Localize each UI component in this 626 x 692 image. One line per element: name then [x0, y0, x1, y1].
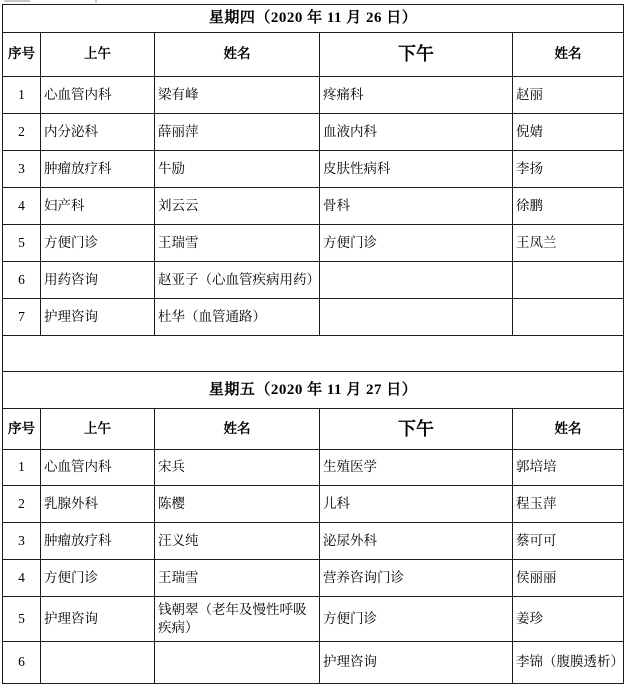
table-row: 4 妇产科 刘云云 骨科 徐鹏: [3, 188, 624, 225]
afternoon-name-cell: [513, 299, 624, 336]
crop-artifact: [4, 0, 30, 2]
column-header-morning: 上午: [41, 409, 155, 450]
afternoon-name-cell: 程玉萍: [513, 486, 624, 523]
morning-name-cell: 薛丽萍: [155, 114, 320, 151]
afternoon-dept-cell: 血液内科: [320, 114, 513, 151]
morning-dept-cell: 护理咨询: [41, 299, 155, 336]
afternoon-dept-cell: 营养咨询门诊: [320, 560, 513, 597]
afternoon-name-cell: 李锦（腹膜透析）: [513, 642, 624, 684]
table-row: 6 护理咨询 李锦（腹膜透析）: [3, 642, 624, 684]
afternoon-name-cell: 徐鹏: [513, 188, 624, 225]
seq-cell: 6: [3, 262, 41, 299]
column-header-morning: 上午: [41, 33, 155, 77]
afternoon-name-cell: 郭培培: [513, 450, 624, 486]
morning-dept-cell: 内分泌科: [41, 114, 155, 151]
day-title-thursday: 星期四（2020 年 11 月 26 日）: [3, 5, 624, 33]
seq-cell: 5: [3, 225, 41, 262]
morning-dept-cell: 用药咨询: [41, 262, 155, 299]
afternoon-name-cell: 赵丽: [513, 77, 624, 114]
morning-name-cell: 杜华（血管通路）: [155, 299, 320, 336]
morning-name-cell: 陈樱: [155, 486, 320, 523]
outpatient-schedule-table: 星期四（2020 年 11 月 26 日） 序号 上午 姓名 下午 姓名 1 心…: [2, 4, 624, 684]
morning-name-cell: 牛励: [155, 151, 320, 188]
table-row: [3, 336, 624, 372]
seq-cell: 5: [3, 597, 41, 642]
table-row: 2 内分泌科 薛丽萍 血液内科 倪婧: [3, 114, 624, 151]
morning-name-cell: 宋兵: [155, 450, 320, 486]
table-row: 7 护理咨询 杜华（血管通路）: [3, 299, 624, 336]
morning-dept-cell: 肿瘤放疗科: [41, 523, 155, 560]
column-header-seq: 序号: [3, 409, 41, 450]
column-header-afternoon: 下午: [320, 409, 513, 450]
table-row: 星期四（2020 年 11 月 26 日）: [3, 5, 624, 33]
afternoon-dept-cell: 骨科: [320, 188, 513, 225]
seq-cell: 3: [3, 523, 41, 560]
afternoon-dept-cell: 方便门诊: [320, 225, 513, 262]
morning-dept-cell: 妇产科: [41, 188, 155, 225]
column-header-name-pm: 姓名: [513, 33, 624, 77]
table-row: 1 心血管内科 梁有峰 疼痛科 赵丽: [3, 77, 624, 114]
day-title-friday: 星期五（2020 年 11 月 27 日）: [3, 372, 624, 409]
table-row: 5 方便门诊 王瑞雪 方便门诊 王凤兰: [3, 225, 624, 262]
afternoon-dept-cell: 泌尿外科: [320, 523, 513, 560]
afternoon-dept-cell: 皮肤性病科: [320, 151, 513, 188]
morning-name-cell: 钱朝翠（老年及慢性呼吸疾病）: [155, 597, 320, 642]
afternoon-name-cell: 王凤兰: [513, 225, 624, 262]
column-header-name-am: 姓名: [155, 33, 320, 77]
table-row: 星期五（2020 年 11 月 27 日）: [3, 372, 624, 409]
afternoon-name-cell: [513, 262, 624, 299]
afternoon-name-cell: 侯丽丽: [513, 560, 624, 597]
table-row: 序号 上午 姓名 下午 姓名: [3, 409, 624, 450]
table-row: 3 肿瘤放疗科 汪义纯 泌尿外科 蔡可可: [3, 523, 624, 560]
seq-cell: 4: [3, 560, 41, 597]
afternoon-dept-cell: [320, 299, 513, 336]
morning-name-cell: 汪义纯: [155, 523, 320, 560]
morning-name-cell: [155, 642, 320, 684]
column-header-afternoon: 下午: [320, 33, 513, 77]
morning-dept-cell: 肿瘤放疗科: [41, 151, 155, 188]
table-row: 2 乳腺外科 陈樱 儿科 程玉萍: [3, 486, 624, 523]
seq-cell: 6: [3, 642, 41, 684]
seq-cell: 1: [3, 450, 41, 486]
seq-cell: 7: [3, 299, 41, 336]
seq-cell: 2: [3, 486, 41, 523]
table-row: 5 护理咨询 钱朝翠（老年及慢性呼吸疾病） 方便门诊 姜珍: [3, 597, 624, 642]
morning-name-cell: 赵亚子（心血管疾病用药）: [155, 262, 320, 299]
morning-name-cell: 王瑞雪: [155, 560, 320, 597]
morning-dept-cell: 心血管内科: [41, 450, 155, 486]
separator-empty-cell: [3, 336, 624, 372]
afternoon-name-cell: 蔡可可: [513, 523, 624, 560]
afternoon-dept-cell: [320, 262, 513, 299]
afternoon-dept-cell: 方便门诊: [320, 597, 513, 642]
column-header-seq: 序号: [3, 33, 41, 77]
table-row: 4 方便门诊 王瑞雪 营养咨询门诊 侯丽丽: [3, 560, 624, 597]
morning-name-cell: 王瑞雪: [155, 225, 320, 262]
morning-dept-cell: 心血管内科: [41, 77, 155, 114]
morning-dept-cell: 方便门诊: [41, 225, 155, 262]
table-row: 3 肿瘤放疗科 牛励 皮肤性病科 李扬: [3, 151, 624, 188]
afternoon-dept-cell: 疼痛科: [320, 77, 513, 114]
seq-cell: 3: [3, 151, 41, 188]
column-header-name-pm: 姓名: [513, 409, 624, 450]
table-row: 序号 上午 姓名 下午 姓名: [3, 33, 624, 77]
morning-dept-cell: 乳腺外科: [41, 486, 155, 523]
morning-dept-cell: [41, 642, 155, 684]
seq-cell: 2: [3, 114, 41, 151]
afternoon-name-cell: 倪婧: [513, 114, 624, 151]
seq-cell: 4: [3, 188, 41, 225]
morning-name-cell: 刘云云: [155, 188, 320, 225]
table-row: 1 心血管内科 宋兵 生殖医学 郭培培: [3, 450, 624, 486]
afternoon-dept-cell: 护理咨询: [320, 642, 513, 684]
afternoon-name-cell: 姜珍: [513, 597, 624, 642]
morning-name-cell: 梁有峰: [155, 77, 320, 114]
morning-dept-cell: 方便门诊: [41, 560, 155, 597]
seq-cell: 1: [3, 77, 41, 114]
morning-dept-cell: 护理咨询: [41, 597, 155, 642]
afternoon-name-cell: 李扬: [513, 151, 624, 188]
afternoon-dept-cell: 生殖医学: [320, 450, 513, 486]
column-header-name-am: 姓名: [155, 409, 320, 450]
crop-artifact: [95, 0, 97, 3]
afternoon-dept-cell: 儿科: [320, 486, 513, 523]
table-row: 6 用药咨询 赵亚子（心血管疾病用药）: [3, 262, 624, 299]
